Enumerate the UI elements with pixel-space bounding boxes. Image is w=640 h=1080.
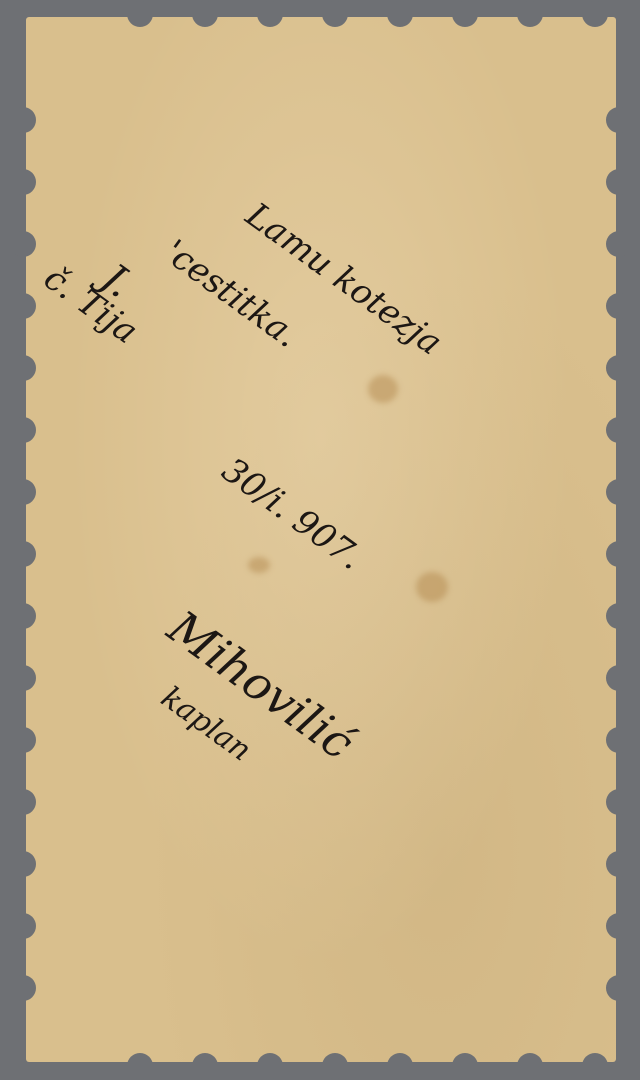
edge-notch: [452, 1053, 478, 1079]
edge-notch: [10, 851, 36, 877]
edge-notch: [606, 975, 632, 1001]
edge-notch: [606, 355, 632, 381]
edge-notch: [582, 1053, 608, 1079]
edge-notch: [10, 231, 36, 257]
edge-notch: [452, 1, 478, 27]
edge-notch: [10, 107, 36, 133]
edge-notch: [606, 665, 632, 691]
edge-notch: [10, 665, 36, 691]
edge-notch: [10, 975, 36, 1001]
edge-notch: [127, 1, 153, 27]
edge-notch: [606, 913, 632, 939]
edge-notch: [192, 1, 218, 27]
edge-notch: [606, 169, 632, 195]
stain: [416, 572, 448, 602]
edge-notch: [606, 231, 632, 257]
edge-notch: [10, 789, 36, 815]
edge-notch: [127, 1053, 153, 1079]
edge-notch: [257, 1, 283, 27]
edge-notch: [10, 417, 36, 443]
edge-notch: [10, 913, 36, 939]
edge-notch: [606, 727, 632, 753]
edge-notch: [10, 603, 36, 629]
stain: [248, 557, 270, 573]
edge-notch: [322, 1053, 348, 1079]
edge-notch: [192, 1053, 218, 1079]
edge-notch: [257, 1053, 283, 1079]
edge-notch: [606, 479, 632, 505]
edge-notch: [517, 1053, 543, 1079]
stain: [368, 375, 398, 403]
edge-notch: [10, 293, 36, 319]
edge-notch: [10, 479, 36, 505]
edge-notch: [606, 851, 632, 877]
edge-notch: [606, 541, 632, 567]
edge-notch: [322, 1, 348, 27]
edge-notch: [606, 789, 632, 815]
edge-notch: [517, 1, 543, 27]
edge-notch: [606, 293, 632, 319]
edge-notch: [10, 355, 36, 381]
edge-notch: [10, 169, 36, 195]
edge-notch: [606, 417, 632, 443]
edge-notch: [387, 1053, 413, 1079]
edge-notch: [606, 603, 632, 629]
edge-notch: [387, 1, 413, 27]
edge-notch: [10, 727, 36, 753]
edge-notch: [606, 107, 632, 133]
edge-notch: [582, 1, 608, 27]
edge-notch: [10, 541, 36, 567]
